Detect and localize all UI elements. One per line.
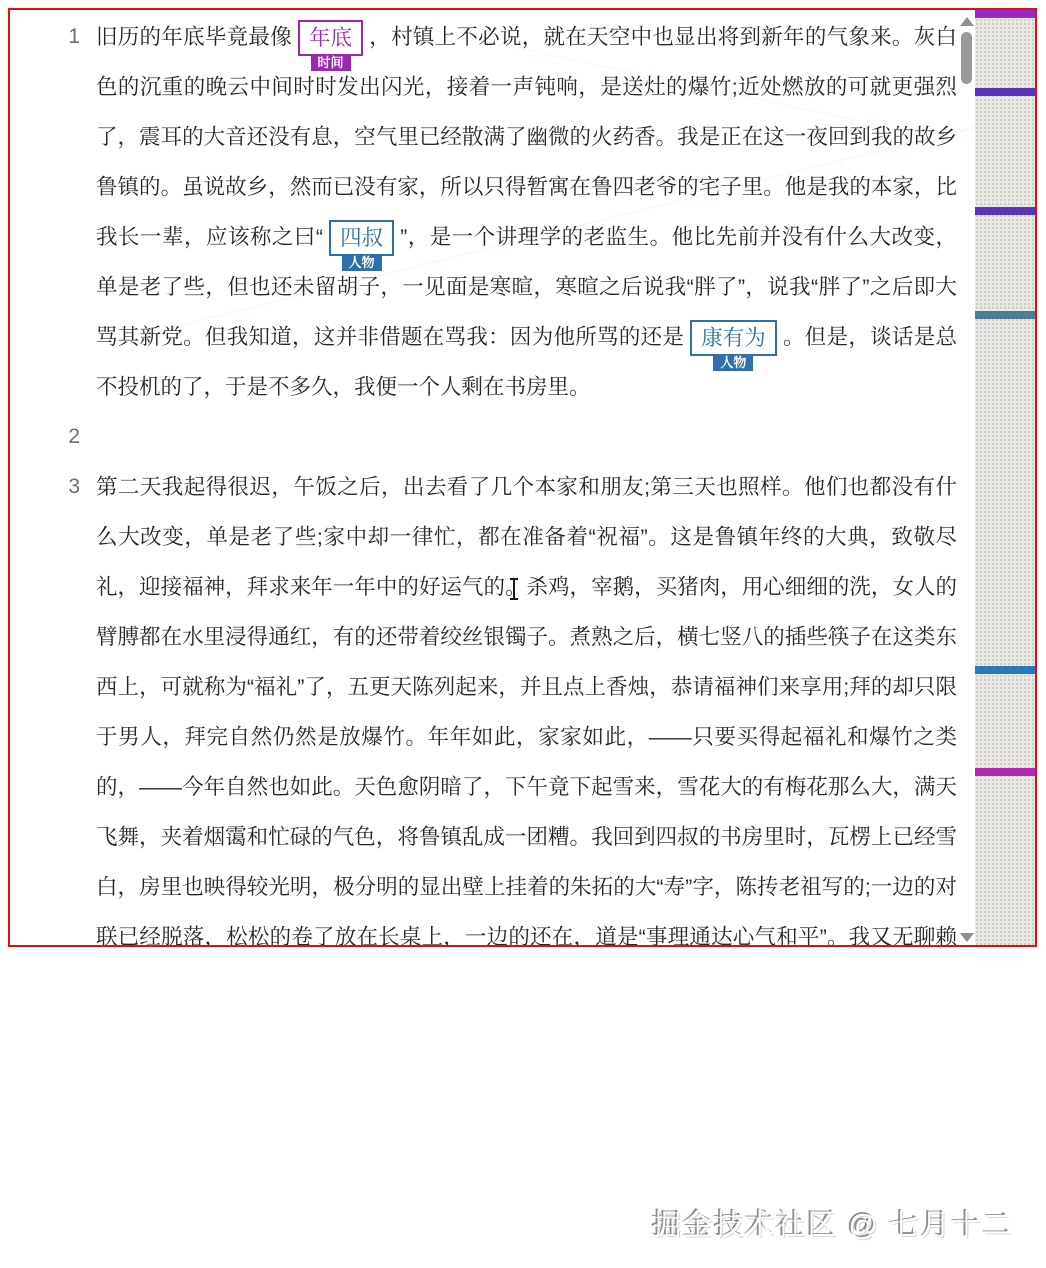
ruler-marker[interactable] bbox=[975, 768, 1035, 776]
entity-annotation[interactable]: 年底时间 bbox=[298, 20, 363, 56]
line-number: 1 bbox=[46, 12, 80, 62]
line-number: 3 bbox=[46, 462, 80, 512]
paragraph-row: 2 bbox=[46, 412, 959, 462]
scrollbar-thumb[interactable] bbox=[961, 32, 972, 84]
text-cursor-icon bbox=[513, 580, 515, 598]
ruler-marker[interactable] bbox=[975, 666, 1035, 674]
ruler-marker[interactable] bbox=[975, 207, 1035, 215]
entity-text: 四叔 bbox=[340, 226, 383, 250]
site-watermark: 掘金技术社区 @ 七月十二 bbox=[652, 1203, 1014, 1244]
entity-annotation[interactable]: 康有为人物 bbox=[690, 320, 777, 356]
scroll-up-arrow-icon[interactable] bbox=[960, 17, 974, 26]
paragraph-text[interactable]: 旧历的年底毕竟最像年底时间，村镇上不必说，就在天空中也显出将到新年的气象来。灰白… bbox=[96, 12, 957, 412]
entity-text: 康有为 bbox=[701, 326, 766, 350]
paragraph-text[interactable]: 第二天我起得很迟，午饭之后，出去看了几个本家和朋友;第三天也照样。他们也都没有什… bbox=[96, 462, 957, 947]
paragraph-row: 1旧历的年底毕竟最像年底时间，村镇上不必说，就在天空中也显出将到新年的气象来。灰… bbox=[46, 12, 959, 412]
page: 1旧历的年底毕竟最像年底时间，村镇上不必说，就在天空中也显出将到新年的气象来。灰… bbox=[0, 0, 1046, 1268]
vertical-scrollbar[interactable] bbox=[959, 10, 975, 945]
entity-text: 年底 bbox=[309, 26, 352, 50]
entity-annotation[interactable]: 四叔人物 bbox=[329, 220, 394, 256]
paragraph-row: 3第二天我起得很迟，午饭之后，出去看了几个本家和朋友;第三天也照样。他们也都没有… bbox=[46, 462, 959, 947]
annotated-document-frame: 1旧历的年底毕竟最像年底时间，村镇上不必说，就在天空中也显出将到新年的气象来。灰… bbox=[8, 8, 1037, 947]
ruler-marker[interactable] bbox=[975, 88, 1035, 96]
ruler-marker[interactable] bbox=[975, 311, 1035, 319]
scroll-down-arrow-icon[interactable] bbox=[960, 933, 974, 942]
entity-label-badge: 人物 bbox=[713, 354, 753, 371]
entity-label-badge: 人物 bbox=[342, 254, 382, 271]
ruler-marker[interactable] bbox=[975, 10, 1035, 18]
entity-label-badge: 时间 bbox=[310, 54, 350, 71]
line-number: 2 bbox=[46, 412, 80, 462]
document-text-area[interactable]: 1旧历的年底毕竟最像年底时间，村镇上不必说，就在天空中也显出将到新年的气象来。灰… bbox=[10, 10, 959, 945]
overview-ruler[interactable] bbox=[975, 10, 1035, 945]
paragraph-text[interactable] bbox=[96, 412, 957, 462]
